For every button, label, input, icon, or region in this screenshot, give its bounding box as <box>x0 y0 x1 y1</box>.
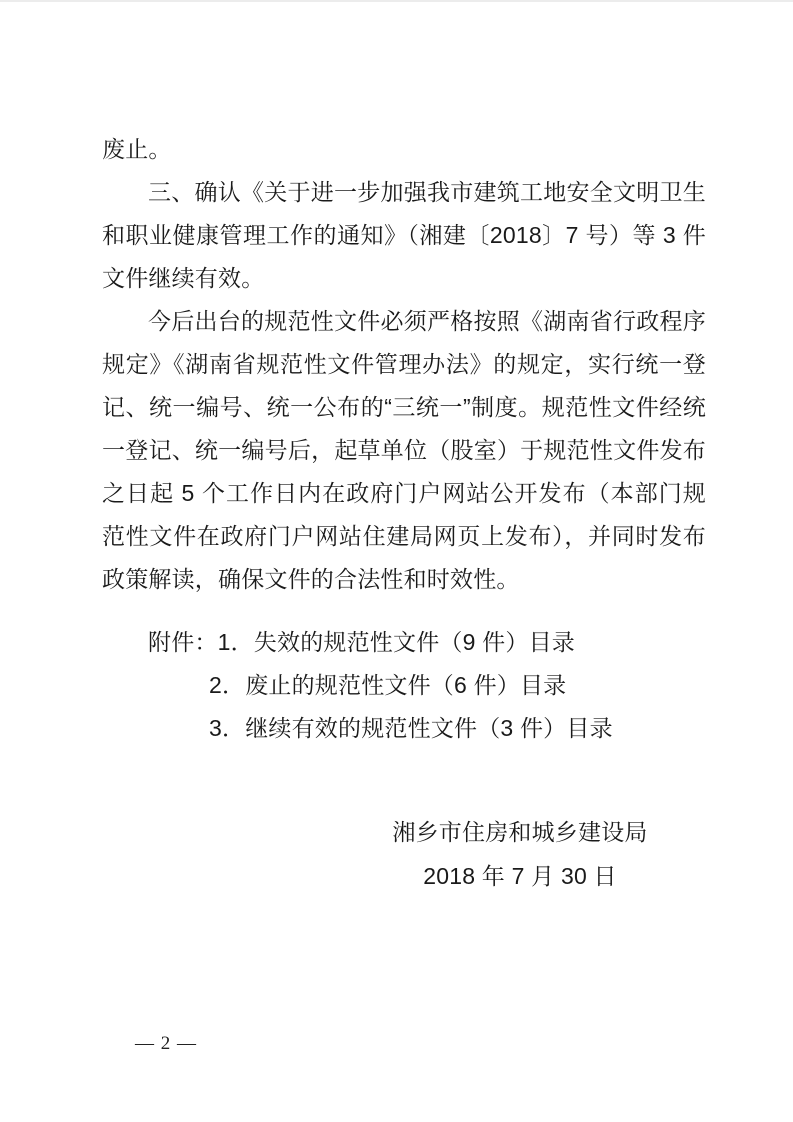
attachment-item: 3．继续有效的规范性文件（3 件）目录 <box>102 707 706 750</box>
attachment-line: 附件：1．失效的规范性文件（9 件）目录 <box>102 621 706 664</box>
attachment-item: 1．失效的规范性文件（9 件）目录 <box>218 629 575 655</box>
attachments-section: 附件：1．失效的规范性文件（9 件）目录 2．废止的规范性文件（6 件）目录 3… <box>102 621 706 750</box>
body-paragraph: 三、确认《关于进一步加强我市建筑工地安全文明卫生和职业健康管理工作的通知》（湘建… <box>102 171 706 300</box>
signature-name: 湘乡市住房和城乡建设局 <box>300 810 740 854</box>
signature-block: 湘乡市住房和城乡建设局 2018 年 7 月 30 日 <box>300 810 740 898</box>
body-paragraph: 废止。 <box>102 128 706 171</box>
attachment-item: 2．废止的规范性文件（6 件）目录 <box>102 664 706 707</box>
body-paragraph: 今后出台的规范性文件必须严格按照《湖南省行政程序规定》《湖南省规范性文件管理办法… <box>102 300 706 601</box>
document-body: 废止。 三、确认《关于进一步加强我市建筑工地安全文明卫生和职业健康管理工作的通知… <box>102 128 706 898</box>
page-number: — 2 — <box>135 1033 197 1055</box>
document-page: 废止。 三、确认《关于进一步加强我市建筑工地安全文明卫生和职业健康管理工作的通知… <box>0 0 793 1122</box>
attachments-label: 附件： <box>148 629 218 655</box>
signature-date: 2018 年 7 月 30 日 <box>300 854 740 898</box>
